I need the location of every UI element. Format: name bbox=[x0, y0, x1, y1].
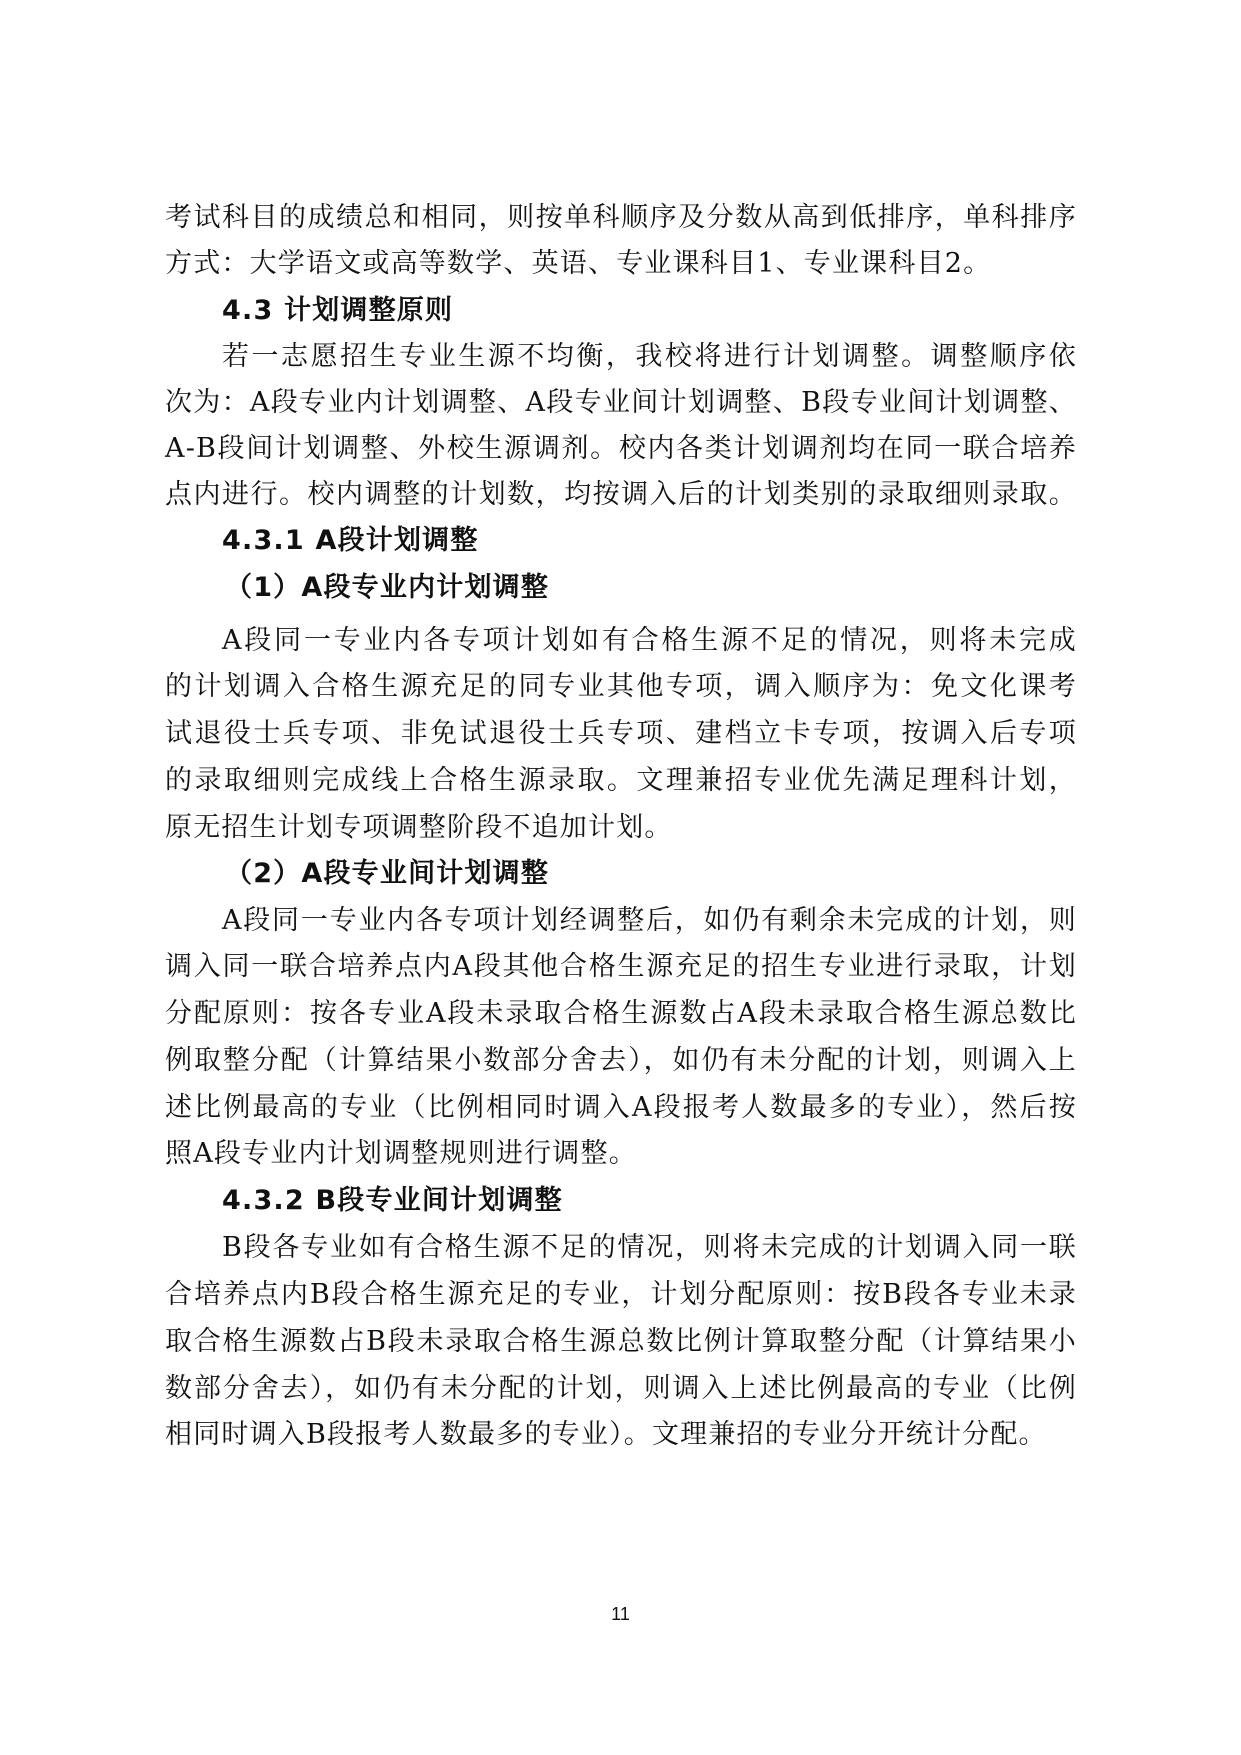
paragraph-line: 合培养点内B段合格生源充足的专业，计划分配原则：按B段各专业未录 bbox=[165, 1278, 1077, 1312]
paragraph-line: A段同一专业内各专项计划经调整后，如仍有剩余未完成的计划，则 bbox=[222, 904, 1077, 938]
paragraph-line: 取合格生源数占B段未录取合格生源总数比例计算取整分配（计算结果小 bbox=[165, 1325, 1077, 1359]
paragraph-line: 考试科目的成绩总和相同，则按单科顺序及分数从高到低排序，单科排序 bbox=[165, 201, 1077, 235]
paragraph-line: 的计划调入合格生源充足的同专业其他专项，调入顺序为：免文化课考 bbox=[165, 670, 1077, 704]
subsection-heading-1: （1）A段专业内计划调整 bbox=[225, 571, 1137, 605]
page-number: 11 bbox=[0, 1604, 1241, 1625]
paragraph-line: 调入同一联合培养点内A段其他合格生源充足的招生专业进行录取，计划 bbox=[165, 950, 1077, 984]
paragraph-line: 述比例最高的专业（比例相同时调入A段报考人数最多的专业），然后按 bbox=[165, 1091, 1077, 1125]
section-heading-4-3-1: 4.3.1 A段计划调整 bbox=[222, 524, 1134, 558]
paragraph-line: 相同时调入B段报考人数最多的专业）。文理兼招的专业分开统计分配。 bbox=[165, 1418, 1077, 1452]
paragraph-line: 原无招生计划专项调整阶段不追加计划。 bbox=[165, 811, 1077, 845]
paragraph-line: 若一志愿招生专业生源不均衡，我校将进行计划调整。调整顺序依 bbox=[222, 340, 1077, 374]
section-heading-4-3-2: 4.3.2 B段专业间计划调整 bbox=[222, 1184, 1134, 1218]
paragraph-line: 例取整分配（计算结果小数部分舍去），如仍有未分配的计划，则调入上 bbox=[165, 1044, 1077, 1078]
section-heading-4-3: 4.3 计划调整原则 bbox=[222, 294, 1134, 328]
paragraph-line: A段同一专业内各专项计划如有合格生源不足的情况，则将未完成 bbox=[222, 624, 1077, 658]
paragraph-line: 方式：大学语文或高等数学、英语、专业课科目1、专业课科目2。 bbox=[165, 247, 1077, 281]
subsection-heading-2: （2）A段专业间计划调整 bbox=[225, 857, 1137, 891]
paragraph-line: 次为：A段专业内计划调整、A段专业间计划调整、B段专业间计划调整、 bbox=[165, 386, 1077, 420]
paragraph-line: 分配原则：按各专业A段未录取合格生源数占A段未录取合格生源总数比 bbox=[165, 997, 1077, 1031]
paragraph-line: 试退役士兵专项、非免试退役士兵专项、建档立卡专项，按调入后专项 bbox=[165, 717, 1077, 751]
paragraph-line: B段各专业如有合格生源不足的情况，则将未完成的计划调入同一联 bbox=[222, 1231, 1077, 1265]
paragraph-line: 的录取细则完成线上合格生源录取。文理兼招专业优先满足理科计划， bbox=[165, 764, 1077, 798]
paragraph-line: A-B段间计划调整、外校生源调剂。校内各类计划调剂均在同一联合培养 bbox=[165, 432, 1077, 466]
paragraph-line: 数部分舍去），如仍有未分配的计划，则调入上述比例最高的专业（比例 bbox=[165, 1372, 1077, 1406]
paragraph-line: 点内进行。校内调整的计划数，均按调入后的计划类别的录取细则录取。 bbox=[165, 478, 1077, 512]
paragraph-line: 照A段专业内计划调整规则进行调整。 bbox=[165, 1137, 1077, 1171]
